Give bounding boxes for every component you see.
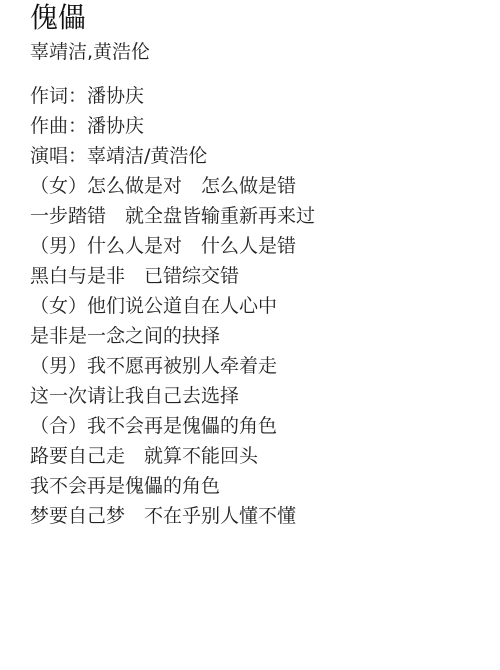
lyric-line: （女）怎么做是对 怎么做是错 — [30, 171, 315, 201]
lyric-line-lyricist: 作词：潘协庆 — [30, 81, 315, 111]
lyric-line: 黑白与是非 已错综交错 — [30, 261, 315, 291]
lyric-line: （男）什么人是对 什么人是错 — [30, 231, 315, 261]
lyric-line: 我不会再是傀儡的角色 — [30, 471, 315, 501]
lyric-line: 路要自己走 就算不能回头 — [30, 441, 315, 471]
lyric-line: 梦要自己梦 不在乎别人懂不懂 — [30, 501, 315, 531]
lyric-line: 这一次请让我自己去选择 — [30, 381, 315, 411]
lyric-line-composer: 作曲：潘协庆 — [30, 111, 315, 141]
lyric-line: （合）我不会再是傀儡的角色 — [30, 411, 315, 441]
song-title: 傀儡 — [30, 0, 86, 36]
song-artist: 辜靖洁,黄浩伦 — [30, 40, 150, 64]
lyric-line: 一步踏错 就全盘皆输重新再来过 — [30, 201, 315, 231]
lyrics-list: 作词：潘协庆 作曲：潘协庆 演唱：辜靖洁/黄浩伦 （女）怎么做是对 怎么做是错 … — [30, 81, 315, 531]
lyric-line: （男）我不愿再被别人牵着走 — [30, 351, 315, 381]
lyric-line: 是非是一念之间的抉择 — [30, 321, 315, 351]
lyric-line-singer: 演唱：辜靖洁/黄浩伦 — [30, 141, 315, 171]
lyric-line: （女）他们说公道自在人心中 — [30, 291, 315, 321]
